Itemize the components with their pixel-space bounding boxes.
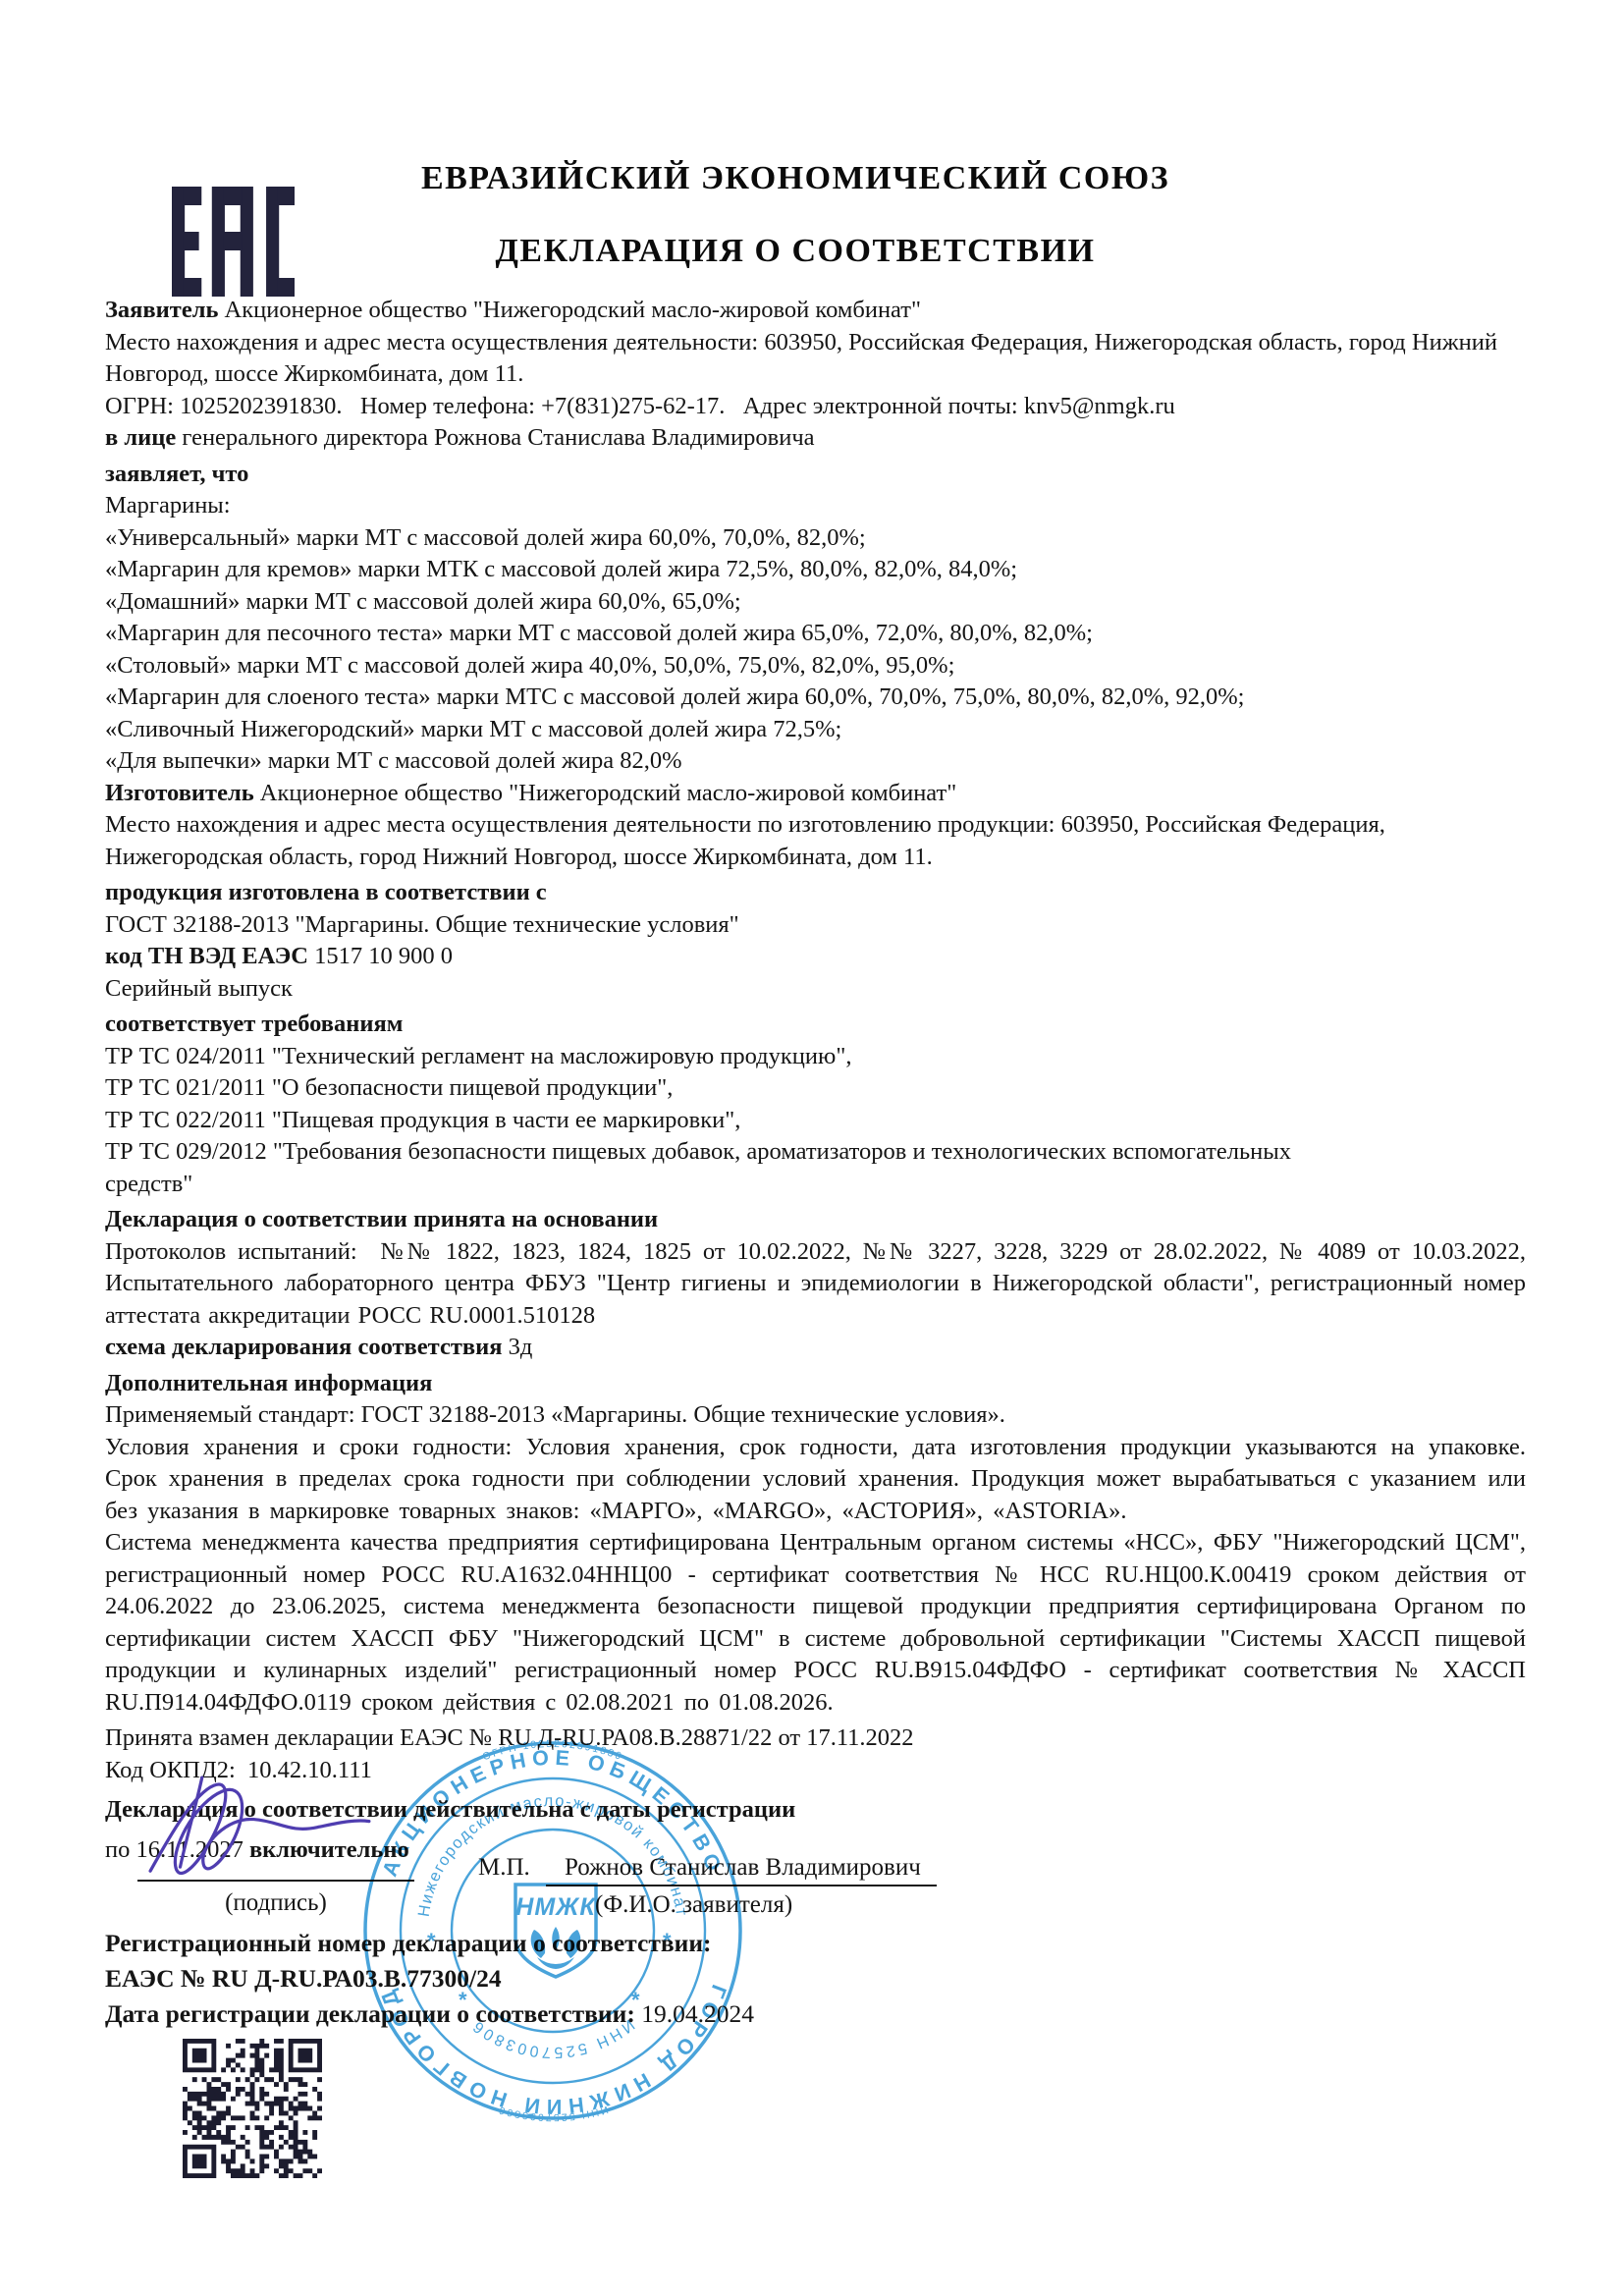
stamp-company-type: АКЦИОНЕРНОЕ ОБЩЕСТВО [378,1746,728,1881]
gost-line: ГОСТ 32188-2013 "Маргарины. Общие технич… [105,909,1526,942]
svg-text:АКЦИОНЕРНОЕ ОБЩЕСТВО: АКЦИОНЕРНОЕ ОБЩЕСТВО [378,1746,728,1881]
regulation-line: ТР ТС 029/2012 "Требования безопасности … [105,1136,1526,1169]
stamp-monogram: НМЖК [515,1893,596,1921]
regulation-line: ТР ТС 021/2011 "О безопасности пищевой п… [105,1072,1526,1105]
product-line: «Маргарин для кремов» марки МТК с массов… [105,554,1526,586]
declaration-document: ЕВРАЗИЙСКИЙ ЭКОНОМИЧЕСКИЙ СОЮЗ ДЕКЛАРАЦИ… [0,0,1623,2296]
regulation-line: ТР ТС 022/2011 "Пищевая продукция в част… [105,1105,1526,1137]
tnved-line: код ТН ВЭД ЕАЭС 1517 10 900 0 [105,941,1526,973]
stamp-star: * [459,1988,467,2012]
product-line: «Домашний» марки МТ с массовой долей жир… [105,586,1526,619]
stamp-shield: НМЖК [515,1885,596,1977]
additional-label: Дополнительная информация [105,1368,1526,1400]
stamp-star: * [663,1929,672,1953]
declares-label: заявляет, что [105,459,1526,491]
applicant-address: Место нахождения и адрес места осуществл… [105,327,1526,391]
regulation-line: ТР ТС 024/2011 "Технический регламент на… [105,1041,1526,1073]
product-line: «Универсальный» марки МТ с массовой доле… [105,522,1526,555]
in-person-line: в лице генерального директора Рожнова Ст… [105,422,1526,455]
product-group: Маргарины: [105,490,1526,522]
applicant-line: Заявитель Акционерное общество "Нижегоро… [105,295,1526,327]
made-label: продукция изготовлена в соответствии с [105,877,1526,909]
manufacturer-address: Место нахождения и адрес места осуществл… [105,809,1526,873]
stamp-inn: ИНН 5257003806 [468,2016,637,2060]
product-line: «Сливочный Нижегородский» марки МТ с мас… [105,714,1526,746]
stamp-star: * [631,1988,640,2012]
manufacturer-line: Изготовитель Акционерное общество "Нижег… [105,778,1526,810]
product-line: «Маргарин для песочного теста» марки МТ … [105,618,1526,650]
document-title: ДЕКЛАРАЦИЯ О СООТВЕТСТВИИ [0,233,1591,270]
product-line: «Столовый» марки МТ с массовой долей жир… [105,650,1526,683]
company-round-stamp: ОГРН 1025202391830 ИНН 5257003806 АКЦИОН… [358,1736,747,2125]
union-title: ЕВРАЗИЙСКИЙ ЭКОНОМИЧЕСКИЙ СОЮЗ [0,160,1591,197]
qms-note: Система менеджмента качества предприятия… [105,1527,1526,1719]
handwritten-signature [142,1776,376,1886]
regulation-line: средств" [105,1169,1526,1201]
serial-line: Серийный выпуск [105,973,1526,1006]
conform-label: соответствует требованиям [105,1009,1526,1041]
protocols-paragraph: Протоколов испытаний: №№ 1822, 1823, 182… [105,1236,1526,1333]
scheme-line: схема декларирования соответствия 3д [105,1332,1526,1364]
storage-note: Условия хранения и сроки годности: Услов… [105,1432,1526,1528]
document-body: Заявитель Акционерное общество "Нижегоро… [105,295,1526,1866]
stamp-plant-emblem [531,1927,581,1969]
svg-text:ИНН 5257003806: ИНН 5257003806 [468,2016,637,2060]
stamp-star: * [427,1929,436,1953]
standard-note: Применяемый стандарт: ГОСТ 32188-2013 «М… [105,1399,1526,1432]
basis-label: Декларация о соответствии принята на осн… [105,1204,1526,1236]
product-line: «Для выпечки» марки МТ с массовой долей … [105,745,1526,778]
qr-code [183,2039,322,2178]
replaced-line: Принята взамен декларации ЕАЭС № RU Д-RU… [105,1722,1526,1755]
applicant-contacts: ОГРН: 1025202391830. Номер телефона: +7(… [105,391,1526,423]
product-line: «Маргарин для слоеного теста» марки МТС … [105,682,1526,714]
